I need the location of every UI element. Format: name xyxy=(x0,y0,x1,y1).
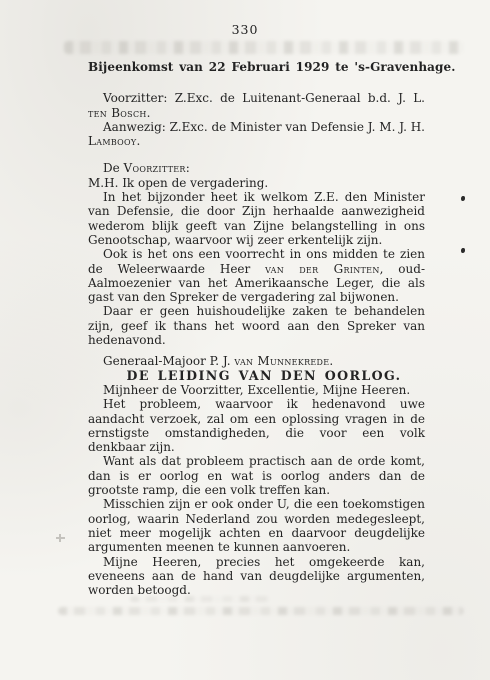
paragraph-sceptics: Misschien zijn er ook onder U, die een t… xyxy=(88,497,425,554)
speaker-introduction: Generaal-Majoor P. J. van Munnekrede. xyxy=(88,354,425,368)
attendee-voorzitter: Voorzitter: Z.Exc. de Luitenant-Generaal… xyxy=(88,91,425,120)
scan-speck xyxy=(461,196,465,201)
ink-bleedthrough-bottom xyxy=(58,607,464,615)
scan-speck xyxy=(461,248,465,253)
ink-bleedthrough-top xyxy=(64,41,464,54)
paragraph-salutation: Mijnheer de Voorzitter, Excellentie, Mij… xyxy=(88,383,425,397)
aanwezig-period: . xyxy=(136,134,140,148)
scanned-document-page: 330 Bijeenkomst van 22 Februari 1929 te … xyxy=(0,0,490,680)
margin-pencil-mark xyxy=(56,534,66,542)
paragraph-welcome-minister: In het bijzonder heet ik welkom Z.E. den… xyxy=(88,190,425,247)
paragraph-handover: Daar er geen huishoudelijke zaken te beh… xyxy=(88,304,425,347)
chair-title: Voorzitter xyxy=(124,161,186,175)
speaker-period: . xyxy=(329,354,333,368)
speaker-rank: Generaal-Majoor P. J. xyxy=(103,354,234,368)
paragraph-welcome-guest: Ook is het ons een voorrecht in ons midd… xyxy=(88,247,425,304)
document-body: Bijeenkomst van 22 Februari 1929 te 's-G… xyxy=(88,60,425,597)
voorzitter-name: ten Bosch xyxy=(88,106,147,120)
paragraph-opening: M.H. Ik open de vergadering. xyxy=(88,176,425,190)
aanwezig-text: Aanwezig: Z.Exc. de Minister van Defensi… xyxy=(103,120,425,134)
guest-name: van der Grinten xyxy=(265,262,379,276)
speaker-name: van Munnekrede xyxy=(234,354,329,368)
lecture-heading: DE LEIDING VAN DEN OORLOG. xyxy=(88,369,425,383)
chair-prefix: De xyxy=(103,161,124,175)
chair-colon: : xyxy=(186,161,190,175)
page-number: 330 xyxy=(0,22,490,37)
paragraph-war-disaster: Want als dat probleem practisch aan de o… xyxy=(88,454,425,497)
paragraph-problem: Het probleem, waarvoor ik hedenavond uwe… xyxy=(88,397,425,454)
attendee-aanwezig: Aanwezig: Z.Exc. de Minister van Defensi… xyxy=(88,120,425,149)
aanwezig-name: Lambooy xyxy=(88,134,136,148)
meeting-title: Bijeenkomst van 22 Februari 1929 te 's-G… xyxy=(88,60,425,74)
paragraph-counterargument: Mijne Heeren, precies het omgekeerde kan… xyxy=(88,555,425,598)
chair-speaker-label: De Voorzitter: xyxy=(88,161,425,175)
voorzitter-period: . xyxy=(147,106,151,120)
voorzitter-text: Voorzitter: Z.Exc. de Luitenant-Generaal… xyxy=(103,91,425,105)
